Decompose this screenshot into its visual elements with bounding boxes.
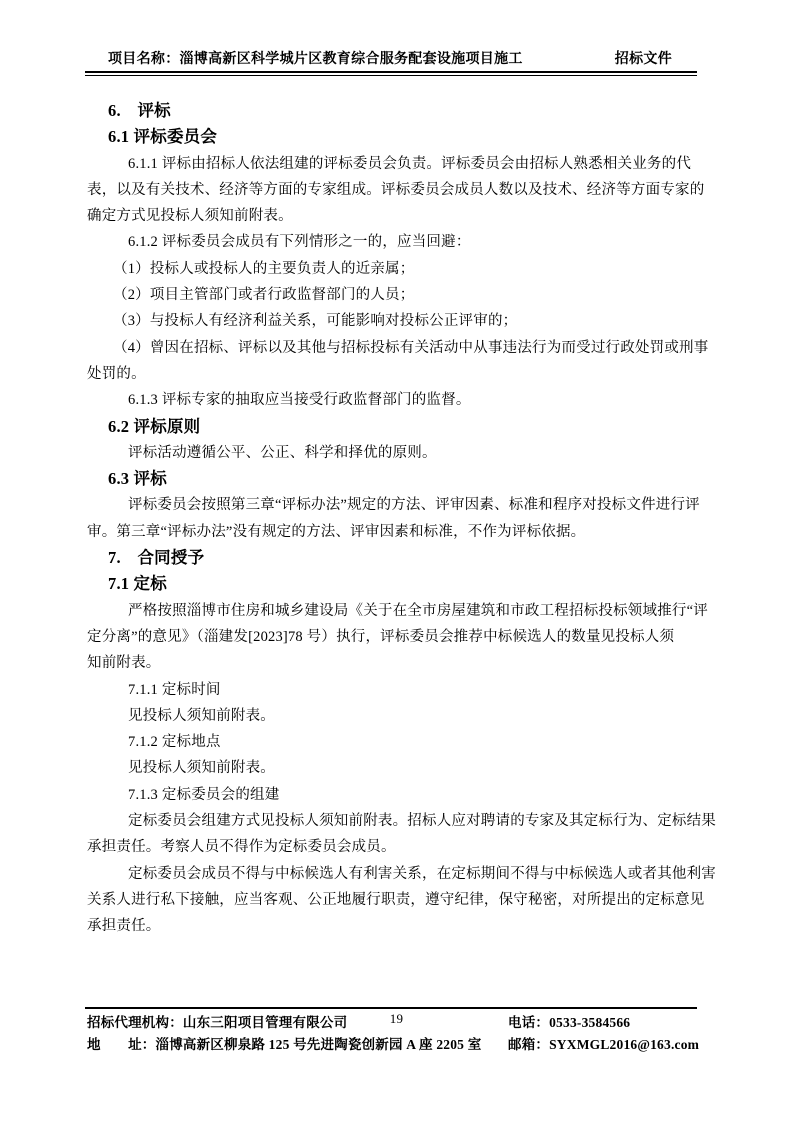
paragraph-line: 6.1.1 评标由招标人依法组建的评标委员会负责。评标委员会由招标人熟悉相关业务… (87, 151, 703, 177)
paragraph-line: 承担责任。考察人员不得作为定标委员会成员。 (87, 834, 703, 860)
paragraph-line: 评标委员会按照第三章“评标办法”规定的方法、评审因素、标准和程序对投标文件进行评 (87, 492, 703, 518)
subsection-heading-7-1-3: 7.1.3 定标委员会的组建 (87, 782, 703, 808)
paragraph-line: 关系人进行私下接触，应当客观、公正地履行职责，遵守纪律，保守秘密，对所提出的定标… (87, 887, 703, 913)
paragraph-line: 见投标人须知前附表。 (87, 755, 703, 781)
paragraph-line: 严格按照淄博市住房和城乡建设局《关于在全市房屋建筑和市政工程招标投标领域推行“评 (87, 598, 703, 624)
list-item: （2）项目主管部门或者行政监督部门的人员； (87, 282, 703, 308)
footer-phone: 电话：0533-3584566 (508, 1011, 630, 1031)
section-heading-7-1: 7.1 定标 (87, 571, 703, 597)
header-divider (85, 71, 697, 76)
paragraph-line: 审。第三章“评标办法”没有规定的方法、评审因素和标准，不作为评标依据。 (87, 519, 703, 545)
section-heading-6-3: 6.3 评标 (87, 466, 703, 492)
list-item: （4）曾因在招标、评标以及其他与招标投标有关活动中从事违法行为而受过行政处罚或刑… (87, 335, 703, 361)
footer-page-number: 19 (0, 1011, 793, 1027)
paragraph-line: 确定方式见投标人须知前附表。 (87, 203, 703, 229)
paragraph-line: 处罚的。 (87, 361, 703, 387)
document-page: 项目名称：淄博高新区科学城片区教育综合服务配套设施项目施工 招标文件 6. 评标… (0, 0, 793, 1122)
paragraph-line: 表，以及有关技术、经济等方面的专家组成。评标委员会成员人数以及技术、经济等方面专… (87, 177, 703, 203)
section-heading-6-1: 6.1 评标委员会 (87, 124, 703, 150)
section-heading-6-2: 6.2 评标原则 (87, 414, 703, 440)
footer-divider (85, 1007, 697, 1009)
section-heading-6: 6. 评标 (87, 98, 703, 124)
header-project-name: 项目名称：淄博高新区科学城片区教育综合服务配套设施项目施工 (108, 48, 523, 68)
header-doc-type: 招标文件 (615, 48, 672, 68)
document-body: 6. 评标 6.1 评标委员会 6.1.1 评标由招标人依法组建的评标委员会负责… (87, 98, 703, 940)
paragraph-line: 评标活动遵循公平、公正、科学和择优的原则。 (87, 440, 703, 466)
paragraph-line: 6.1.2 评标委员会成员有下列情形之一的，应当回避： (87, 229, 703, 255)
paragraph-line: 6.1.3 评标专家的抽取应当接受行政监督部门的监督。 (87, 387, 703, 413)
subsection-heading-7-1-1: 7.1.1 定标时间 (87, 677, 703, 703)
list-item: （1）投标人或投标人的主要负责人的近亲属； (87, 256, 703, 282)
footer-email: 邮箱：SYXMGL2016@163.com (508, 1033, 699, 1053)
paragraph-line: 定标委员会成员不得与中标候选人有利害关系，在定标期间不得与中标候选人或者其他利害 (87, 861, 703, 887)
paragraph-line: 定分离”的意见》（淄建发[2023]78 号）执行，评标委员会推荐中标候选人的数… (87, 624, 703, 650)
footer-address: 地 址：淄博高新区柳泉路 125 号先进陶瓷创新园 A 座 2205 室 (87, 1033, 481, 1053)
section-heading-7: 7. 合同授予 (87, 545, 703, 571)
list-item: （3）与投标人有经济利益关系，可能影响对投标公正评审的； (87, 308, 703, 334)
paragraph-line: 承担责任。 (87, 913, 703, 939)
subsection-heading-7-1-2: 7.1.2 定标地点 (87, 729, 703, 755)
paragraph-line: 见投标人须知前附表。 (87, 703, 703, 729)
paragraph-line: 定标委员会组建方式见投标人须知前附表。招标人应对聘请的专家及其定标行为、定标结果 (87, 808, 703, 834)
paragraph-line: 知前附表。 (87, 650, 703, 676)
